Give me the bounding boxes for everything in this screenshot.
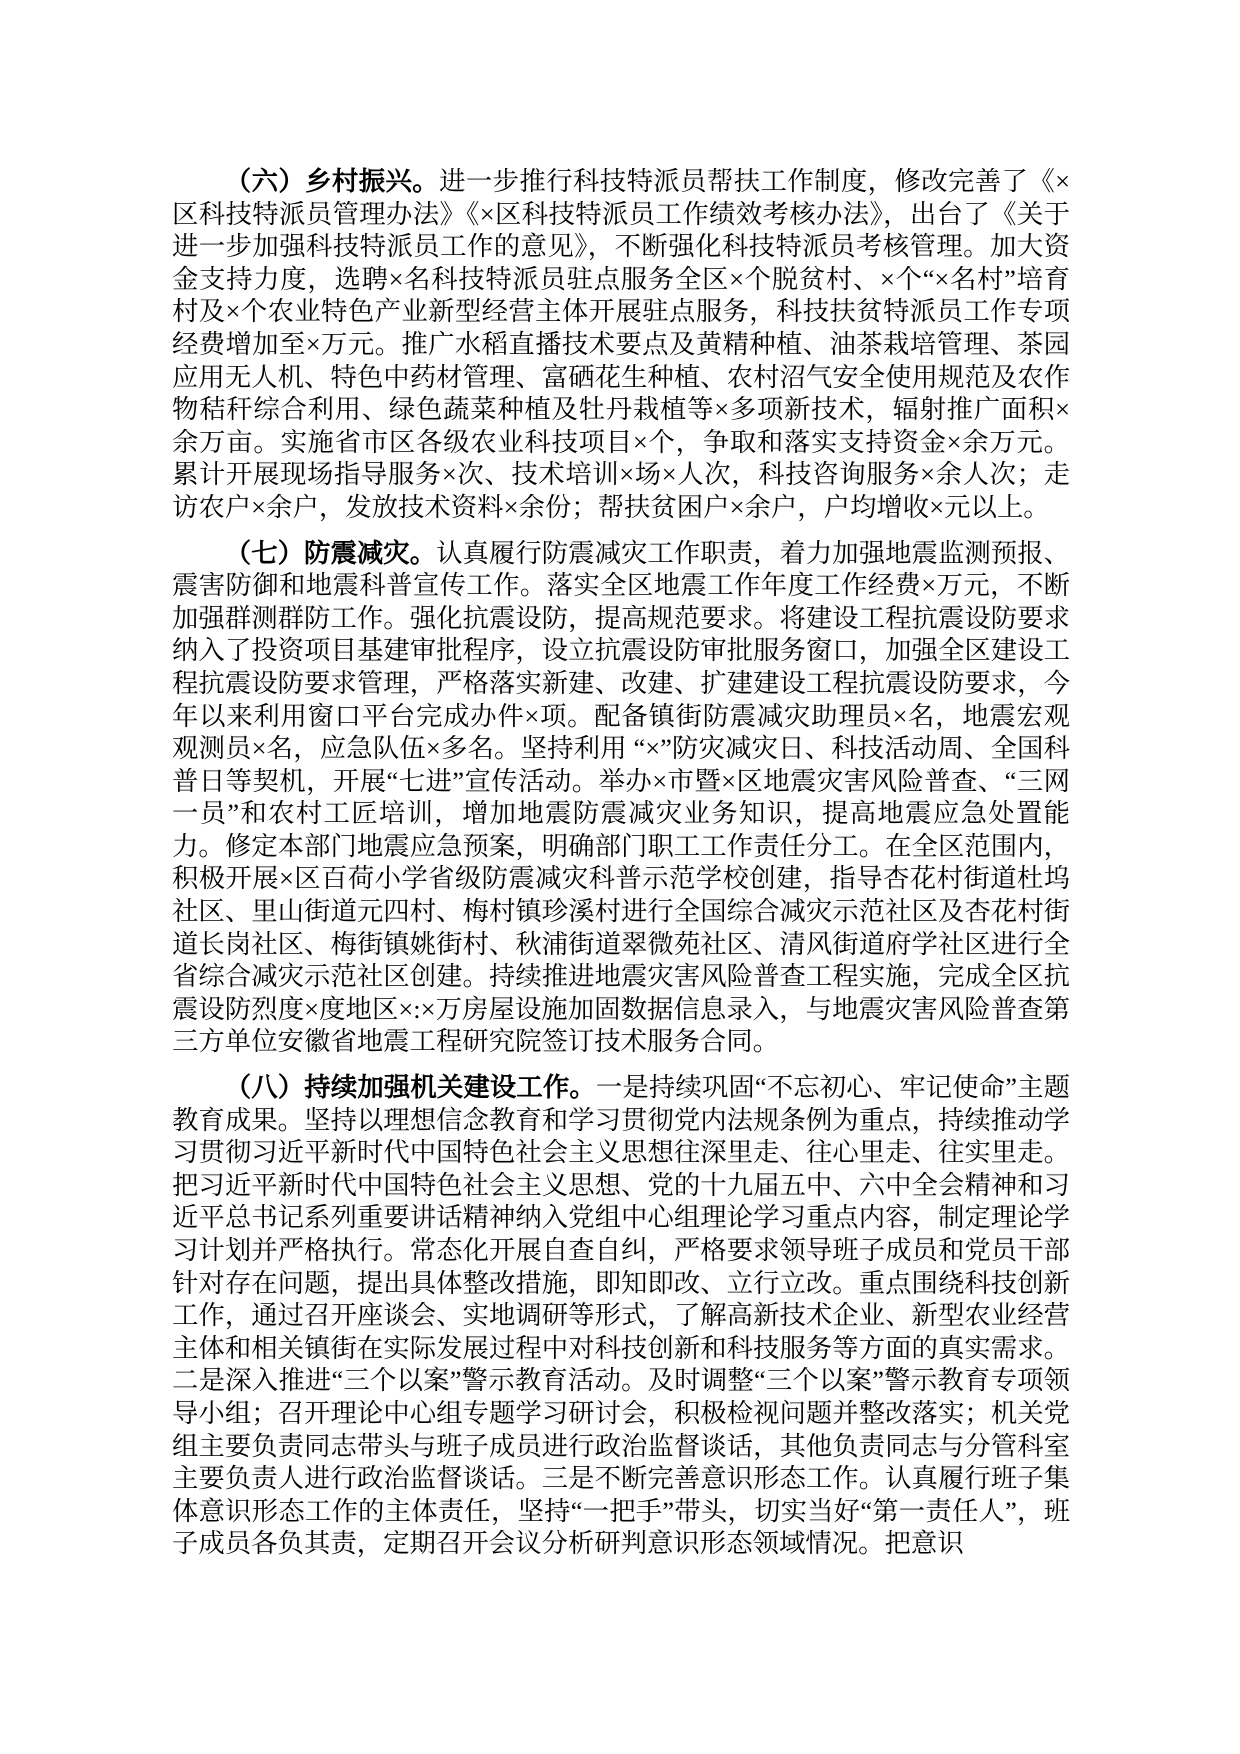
document-page: （六）乡村振兴。进一步推行科技特派员帮扶工作制度，修改完善了《×区科技特派员管理…: [0, 0, 1240, 1754]
section-body-7: 认真履行防震减灾工作职责，着力加强地震监测预报、震害防御和地震科普宣传工作。落实…: [172, 538, 1070, 1057]
section-heading-7: （七）防震减灾。: [225, 538, 436, 568]
paragraph-agency-building: （八）持续加强机关建设工作。一是持续巩固“不忘初心、牢记使命”主题教育成果。坚持…: [172, 1071, 1070, 1560]
section-body-6: 进一步推行科技特派员帮扶工作制度，修改完善了《×区科技特派员管理办法》《×区科技…: [172, 166, 1070, 522]
section-heading-6: （六）乡村振兴。: [225, 166, 439, 196]
section-heading-8: （八）持续加强机关建设工作。: [225, 1072, 596, 1102]
section-body-8: 一是持续巩固“不忘初心、牢记使命”主题教育成果。坚持以理想信念教育和学习贯彻党内…: [172, 1072, 1070, 1558]
paragraph-rural-revitalization: （六）乡村振兴。进一步推行科技特派员帮扶工作制度，修改完善了《×区科技特派员管理…: [172, 165, 1070, 524]
paragraph-earthquake-prevention: （七）防震减灾。认真履行防震减灾工作职责，着力加强地震监测预报、震害防御和地震科…: [172, 537, 1070, 1059]
